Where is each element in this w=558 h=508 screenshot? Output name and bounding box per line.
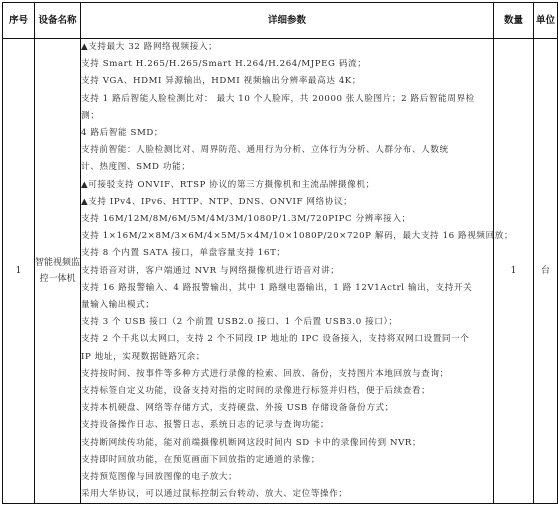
detail-line: 支持 VGA、HDMI 异源输出，HDMI 视频输出分辨率最高达 4K； xyxy=(81,73,493,90)
detail-line: 支持 16 路报警输入、4 路报警输出，其中 1 路继电器输出，1 路 12V1… xyxy=(81,280,493,297)
table-row: 1 智能视频监控一体机 ▲支持最大 32 路网络视频接入； 支持 Smart H… xyxy=(3,39,558,504)
detail-line: 支持按时间、按事件等多种方式进行录像的检索、回放、备份，支持图片本地回放与查询； xyxy=(81,366,493,383)
detail-line: 支持 16M/12M/8M/6M/5M/4M/3M/1080P/1.3M/720… xyxy=(81,211,493,228)
detail-line: 采用大华协议，可以通过鼠标控制云台转动、放大、定位等操作； xyxy=(81,486,493,503)
detail-line: 支持即时回放功能，在预览画面下回放指的定通道的录像； xyxy=(81,452,493,469)
detail-line: 计、热度图、SMD 功能； xyxy=(81,159,493,176)
detail-line: 支持标签自定义功能，设备支持对指的定时间的录像进行标签并归档，便于后续查看； xyxy=(81,383,493,400)
cell-unit: 台 xyxy=(534,39,558,504)
header-row: 序号 设备名称 详细参数 数量 单位 xyxy=(3,3,558,39)
detail-line: ▲支持最大 32 路网络视频接入； xyxy=(81,39,493,56)
header-seq: 序号 xyxy=(3,3,35,39)
detail-line: IP 地址，实现数据链路冗余； xyxy=(81,349,493,366)
header-qty: 数量 xyxy=(494,3,534,39)
detail-line: 支持 1 路后智能人脸检测比对： 最大 10 个人脸库，共 20000 张人脸图… xyxy=(81,91,493,108)
header-unit: 单位 xyxy=(534,3,558,39)
detail-line: 支持 Smart H.265/H.265/Smart H.264/H.264/M… xyxy=(81,56,493,73)
detail-line: ▲支持 IPv4、IPv6、HTTP、NTP、DNS、ONVIF 网络协议； xyxy=(81,194,493,211)
detail-line: 支持语音对讲，客户端通过 NVR 与网络摄像机进行语音对讲； xyxy=(81,263,493,280)
detail-line: 支持本机硬盘、网络等存储方式，支持硬盘、外接 USB 存储设备备份方式； xyxy=(81,400,493,417)
cell-name: 智能视频监控一体机 xyxy=(35,39,81,504)
cell-seq: 1 xyxy=(3,39,35,504)
cell-qty: 1 xyxy=(494,39,534,504)
spec-table: 序号 设备名称 详细参数 数量 单位 1 智能视频监控一体机 ▲支持最大 32 … xyxy=(2,2,558,504)
detail-line: 支持 2 个千兆以太网口，支持 2 个不同段 IP 地址的 IPC 设备接入，支… xyxy=(81,331,493,348)
detail-line: 支持 8 个内置 SATA 接口，单盘容量支持 16T； xyxy=(81,245,493,262)
detail-line: 量输入输出模式； xyxy=(81,297,493,314)
cell-detail: ▲支持最大 32 路网络视频接入； 支持 Smart H.265/H.265/S… xyxy=(81,39,494,504)
detail-line: 支持预览图像与回放图像的电子放大； xyxy=(81,469,493,486)
detail-line: 支持断网续传功能，能对前端摄像机断网这段时间内 SD 卡中的录像回传到 NVR； xyxy=(81,435,493,452)
detail-line: 支持 3 个 USB 接口（2 个前置 USB2.0 接口、1 个后置 USB3… xyxy=(81,314,493,331)
detail-line: 支持设备操作日志、报警日志、系统日志的记录与查询功能； xyxy=(81,417,493,434)
detail-line: 支持前智能：人脸检测比对、周界防范、通用行为分析、立体行为分析、人群分布、人数统 xyxy=(81,142,493,159)
header-detail: 详细参数 xyxy=(81,3,494,39)
detail-line: 4 路后智能 SMD； xyxy=(81,125,493,142)
detail-line: ▲可接驳支持 ONVIF、RTSP 协议的第三方摄像机和主流品牌摄像机； xyxy=(81,177,493,194)
header-name: 设备名称 xyxy=(35,3,81,39)
detail-line: 测； xyxy=(81,108,493,125)
detail-line: 支持 1×16M/2×8M/3×6M/4×5M/5×4M/10×1080P/20… xyxy=(81,228,493,245)
